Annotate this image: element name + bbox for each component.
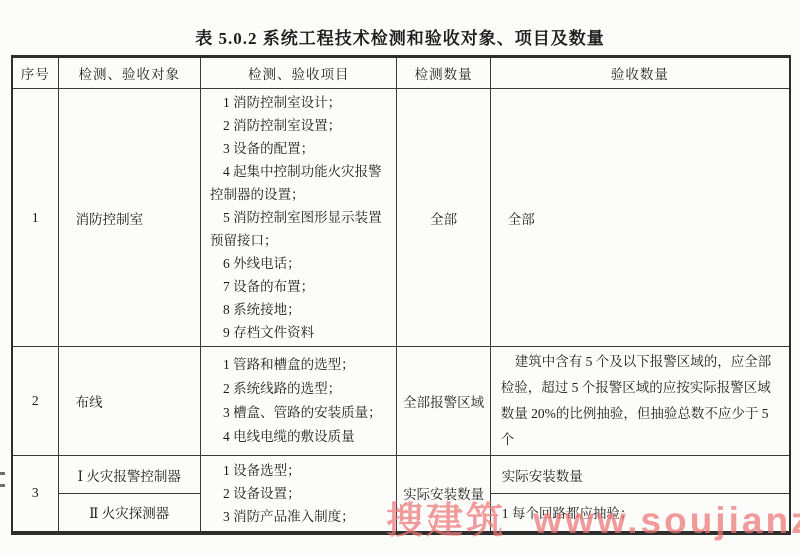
row2-inspection-qty: 全部报警区域 <box>397 347 490 456</box>
header-inspection-item: 检测、验收项目 <box>200 57 397 89</box>
row1-acceptance-qty: 全部 <box>490 89 790 347</box>
header-inspection-quantity: 检测数量 <box>397 57 490 89</box>
item-line: 1 消防控制室设计； <box>210 91 393 114</box>
site-watermark: 搜建筑 www.soujianzhu.cn <box>386 501 800 541</box>
item-line: 6 外线电话； <box>210 252 393 275</box>
item-line: 1 管路和槽盒的选型； <box>210 353 393 377</box>
table-row: 3 Ⅰ 火灾报警控制器 1 设备选型； 2 设备设置； 3 消防产品准入制度； … <box>12 456 790 494</box>
item-line: 2 系统线路的选型； <box>210 377 393 401</box>
header-row: 序号 检测、验收对象 检测、验收项目 检测数量 验收数量 <box>12 57 790 89</box>
table-title: 表 5.0.2 系统工程技术检测和验收对象、项目及数量 <box>0 24 800 49</box>
item-line: 3 槽盒、管路的安装质量； <box>210 401 393 425</box>
header-inspection-object: 检测、验收对象 <box>58 57 200 89</box>
row3-serial: 3 <box>12 456 58 533</box>
row2-acceptance-qty: 建筑中含有 5 个及以下报警区域的，应全部检验，超过 5 个报警区域的应按实际报… <box>490 347 790 456</box>
row2-object: 布线 <box>58 347 200 456</box>
row3-object-1: Ⅰ 火灾报警控制器 <box>58 456 200 494</box>
item-line: 3 消防产品准入制度； <box>210 505 393 528</box>
page-edge-scan-artifact <box>0 472 5 498</box>
row3-object-2: Ⅱ 火灾探测器 <box>58 494 200 533</box>
item-line: 4 电线电缆的敷设质量 <box>210 425 393 449</box>
item-line: 2 消防控制室设置； <box>210 114 393 137</box>
row1-object: 消防控制室 <box>58 89 200 347</box>
item-line: 5 消防控制室图形显示装置预留接口； <box>210 206 393 252</box>
item-line: 2 设备设置； <box>210 482 393 505</box>
item-line: 7 设备的布置； <box>210 275 393 298</box>
inspection-acceptance-table: 序号 检测、验收对象 检测、验收项目 检测数量 验收数量 1 消防控制室 1 消… <box>11 55 791 535</box>
scanned-document-page: { "title": "表 5.0.2 系统工程技术检测和验收对象、项目及数量"… <box>0 0 800 555</box>
item-line: 8 系统接地； <box>210 298 393 321</box>
row2-serial: 2 <box>12 347 58 456</box>
row3-acceptance-qty-1: 实际安装数量 <box>490 456 790 494</box>
header-acceptance-quantity: 验收数量 <box>490 57 790 89</box>
item-line: 9 存档文件资料 <box>210 321 393 344</box>
row1-serial: 1 <box>12 89 58 347</box>
row2-items: 1 管路和槽盒的选型； 2 系统线路的选型； 3 槽盒、管路的安装质量； 4 电… <box>200 347 397 456</box>
row3-items: 1 设备选型； 2 设备设置； 3 消防产品准入制度； <box>200 456 397 533</box>
item-line: 3 设备的配置； <box>210 137 393 160</box>
table-row: 1 消防控制室 1 消防控制室设计； 2 消防控制室设置； 3 设备的配置； 4… <box>12 89 790 347</box>
item-line: 1 设备选型； <box>210 459 393 482</box>
row1-items: 1 消防控制室设计； 2 消防控制室设置； 3 设备的配置； 4 起集中控制功能… <box>200 89 397 347</box>
table-row: 2 布线 1 管路和槽盒的选型； 2 系统线路的选型； 3 槽盒、管路的安装质量… <box>12 347 790 456</box>
header-serial-number: 序号 <box>12 57 58 89</box>
item-line: 4 起集中控制功能火灾报警控制器的设置； <box>210 160 393 206</box>
row1-inspection-qty: 全部 <box>397 89 490 347</box>
